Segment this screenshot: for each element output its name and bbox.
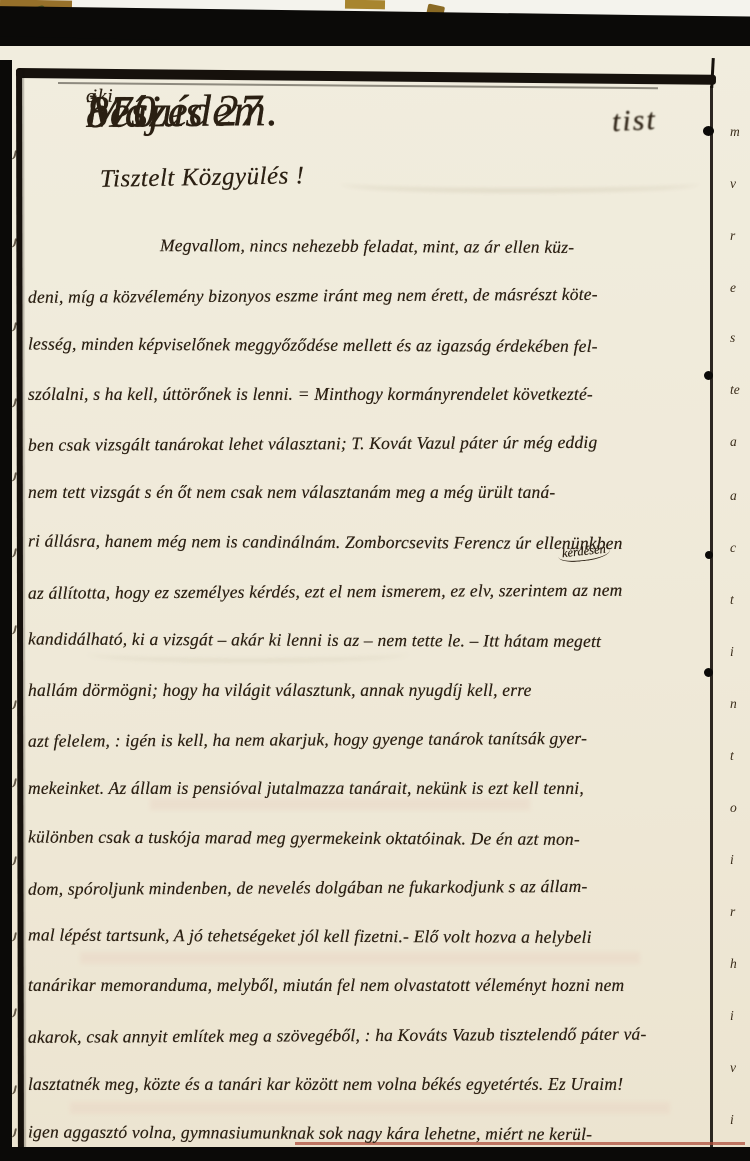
adjacent-page-text-fragment: r	[730, 904, 735, 920]
handwritten-line: azt felelem, : igén is kell, ha nem akar…	[28, 713, 720, 766]
handwritten-line: az állította, hogy ez személyes kérdés, …	[28, 565, 720, 618]
body-text: Megvallom, nincs nehezebb feladat, mint,…	[28, 222, 720, 1159]
adjacent-page-text-fragment: h	[730, 956, 737, 972]
margin-mark	[10, 625, 17, 636]
handwritten-line: tanárikar memoranduma, melyből, miután f…	[28, 961, 720, 1010]
margin-mark	[10, 1008, 17, 1019]
adjacent-page-text-fragment: o	[730, 800, 737, 816]
ink-blot	[703, 126, 714, 136]
handwritten-line: nem tett vizsgát s én őt nem csak nem vá…	[28, 468, 720, 517]
handwritten-line: mal lépést tartsunk, A jó tehetségeket j…	[28, 911, 720, 963]
handwritten-line: ri állásra, hanem még nem is candinálnám…	[28, 516, 720, 568]
adjacent-page-text-fragment: n	[730, 696, 737, 712]
manuscript-paper: tist 870o Május 27.iki beszédem. Tisztel…	[0, 46, 750, 1161]
adjacent-page-text-fragment: a	[730, 488, 737, 504]
title-part: beszédem.	[86, 84, 279, 138]
adjacent-page-text-fragment: a	[730, 434, 737, 450]
adjacent-page-text-fragment: v	[730, 176, 736, 192]
handwritten-line: hallám dörmögni; hogy ha világit választ…	[28, 666, 720, 715]
handwritten-line: ben csak vizsgált tanárokat lehet válasz…	[28, 417, 720, 470]
adjacent-page-text-fragment: i	[730, 852, 734, 868]
binding-gutter-shadow	[0, 60, 12, 1161]
handwritten-line: lasztatnék meg, közte és a tanári kar kö…	[28, 1060, 720, 1109]
adjacent-page-text-fragment: t	[730, 592, 734, 608]
frame-border-left	[16, 70, 24, 1161]
margin-mark	[10, 1085, 17, 1096]
margin-mark	[10, 700, 17, 711]
adjacent-page-text-fragment: r	[730, 228, 735, 244]
margin-mark	[10, 778, 17, 789]
adjacent-page-text-fragment: m	[730, 124, 740, 140]
adjacent-page-text-fragment: s	[730, 330, 735, 346]
adjacent-page-text-fragment: i	[730, 1112, 734, 1128]
adjacent-page-text-fragment: c	[730, 540, 736, 556]
handwritten-line: lesség, minden képviselőnek meggyőződése…	[28, 319, 720, 371]
adjacent-page-text-fragment: e	[730, 280, 736, 296]
handwritten-line: Megvallom, nincs nehezebb feladat, mint,…	[28, 220, 720, 272]
handwritten-line: kandidálható, ki a vizsgát – akár ki len…	[28, 615, 720, 667]
margin-mark	[10, 1128, 17, 1139]
book-cover-fragment	[345, 0, 385, 9]
adjacent-page-text-fragment: i	[730, 644, 734, 660]
handwritten-line: akarok, csak annyit említek meg a szöveg…	[28, 1009, 720, 1062]
adjacent-page-text-fragment: i	[730, 1008, 734, 1024]
margin-mark	[10, 932, 17, 943]
handwritten-line: különben csak a tuskója marad meg gyerme…	[28, 812, 720, 864]
adjacent-page-text-fragment: te	[730, 382, 740, 398]
handwritten-line: dom, spóroljunk mindenben, de nevelés do…	[28, 861, 720, 914]
scanned-manuscript-photo: tist 870o Május 27.iki beszédem. Tisztel…	[0, 0, 750, 1161]
ghost-bleedthrough-line	[340, 176, 700, 192]
handwritten-line: deni, míg a közvélemény bizonyos eszme i…	[28, 269, 720, 322]
adjacent-page-text-fragment: v	[730, 1060, 736, 1076]
margin-mark	[10, 856, 17, 867]
salutation: Tisztelt Közgyülés !	[100, 162, 305, 194]
adjacent-page-text-fragment: t	[730, 748, 734, 764]
handwritten-line: szólalni, s ha kell, úttörőnek is lenni.…	[28, 370, 720, 419]
ghost-bleedthrough-text: tist	[611, 103, 657, 139]
handwritten-line: mekeinket. Az állam is pensióval jutalma…	[28, 764, 720, 813]
handwritten-line: igen aggasztó volna, gymnasiumunknak sok…	[28, 1108, 720, 1160]
